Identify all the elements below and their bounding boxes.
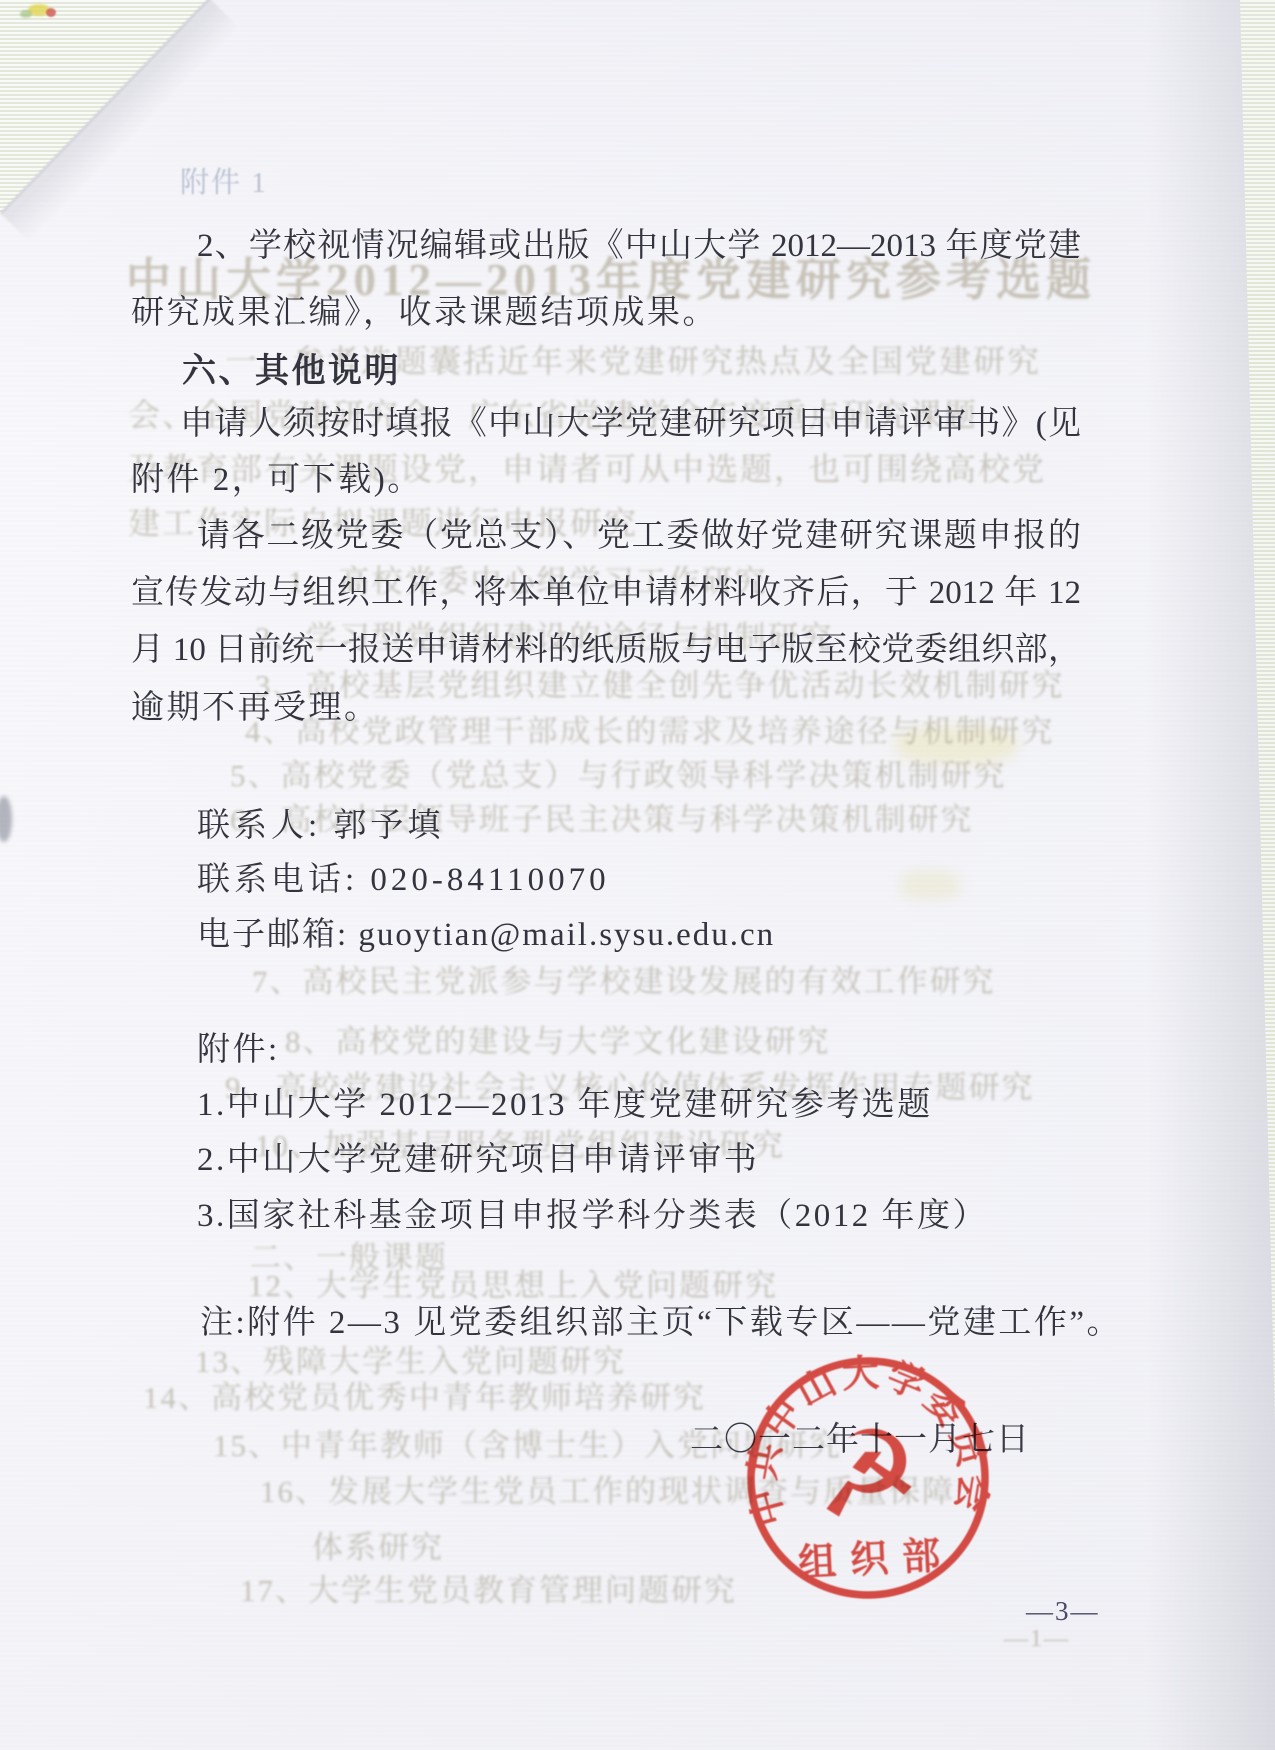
body-line: 附件 2，可下载)。 — [131, 462, 423, 500]
bleed-line: —1— — [1004, 1626, 1070, 1653]
bleed-line: 17、大学生党员教育管理问题研究 — [240, 1565, 737, 1610]
body-line: 请各二级党委（党总支）、党工委做好党建研究课题申报的 — [197, 518, 1081, 556]
scanned-document-page: 附件 1 中山大学2012—2013年度党建研究参考选题 一、参考选题囊括近年来… — [0, 0, 1275, 1750]
contact-person: 联系人: 郭予填 — [197, 808, 444, 846]
contact-email: 电子邮箱: guoytian@mail.sysu.edu.cn — [197, 917, 775, 955]
bleed-line: 5、高校党委（党总支）与行政领导科学决策机制研究 — [230, 750, 1007, 795]
corner-color-mark-green — [20, 10, 32, 18]
attachment-item: 2.中山大学党建研究项目申请评审书 — [197, 1142, 759, 1180]
official-stamp: 中共中山大学委员会 ☭ 组织部 — [736, 1346, 1001, 1611]
bleed-line: 附件 1 — [180, 160, 268, 201]
body-line: 研究成果汇编》，收录课题结项成果。 — [131, 295, 718, 333]
body-line: 2、学校视情况编辑或出版《中山大学 2012—2013 年度党建 — [197, 228, 1081, 266]
bleed-line: 8、高校党的建设与大学文化建设研究 — [285, 1016, 831, 1061]
contact-phone: 联系电话: 020-84110070 — [197, 862, 610, 900]
corner-color-mark-red — [46, 8, 56, 17]
attachments-label: 附件: — [197, 1032, 280, 1070]
attachment-item: 1.中山大学 2012—2013 年度党建研究参考选题 — [197, 1087, 933, 1125]
body-line: 月 10 日前统一报送申请材料的纸质版与电子版至校党委组织部， — [131, 632, 1081, 670]
bleed-line: 14、高校党员优秀中青年教师培养研究 — [143, 1372, 706, 1417]
section-heading: 六、其他说明 — [182, 352, 401, 391]
bleed-line: 体系研究 — [312, 1522, 444, 1567]
body-line: 宣传发动与组织工作，将本单位申请材料收齐后，于 2012 年 12 — [131, 575, 1081, 613]
bleed-line: 12、大学生党员思想上入党问题研究 — [248, 1260, 778, 1305]
attachment-item: 3.国家社科基金项目申报学科分类表（2012 年度） — [197, 1198, 988, 1236]
yellow-stain-2 — [900, 870, 960, 900]
bleed-line: 7、高校民主党派参与学校建设发展的有效工作研究 — [252, 956, 996, 1001]
stamp-department-text: 组织部 — [797, 1535, 955, 1585]
hammer-sickle-icon: ☭ — [811, 1402, 924, 1545]
body-line: 逾期不再受理。 — [131, 690, 380, 728]
page-number: —3— — [1026, 1596, 1100, 1627]
body-line: 申请人须按时填报《中山大学党建研究项目申请评审书》(见 — [180, 406, 1081, 444]
note-line: 注:附件 2—3 见党委组织部主页“下载专区——党建工作”。 — [200, 1305, 1122, 1343]
